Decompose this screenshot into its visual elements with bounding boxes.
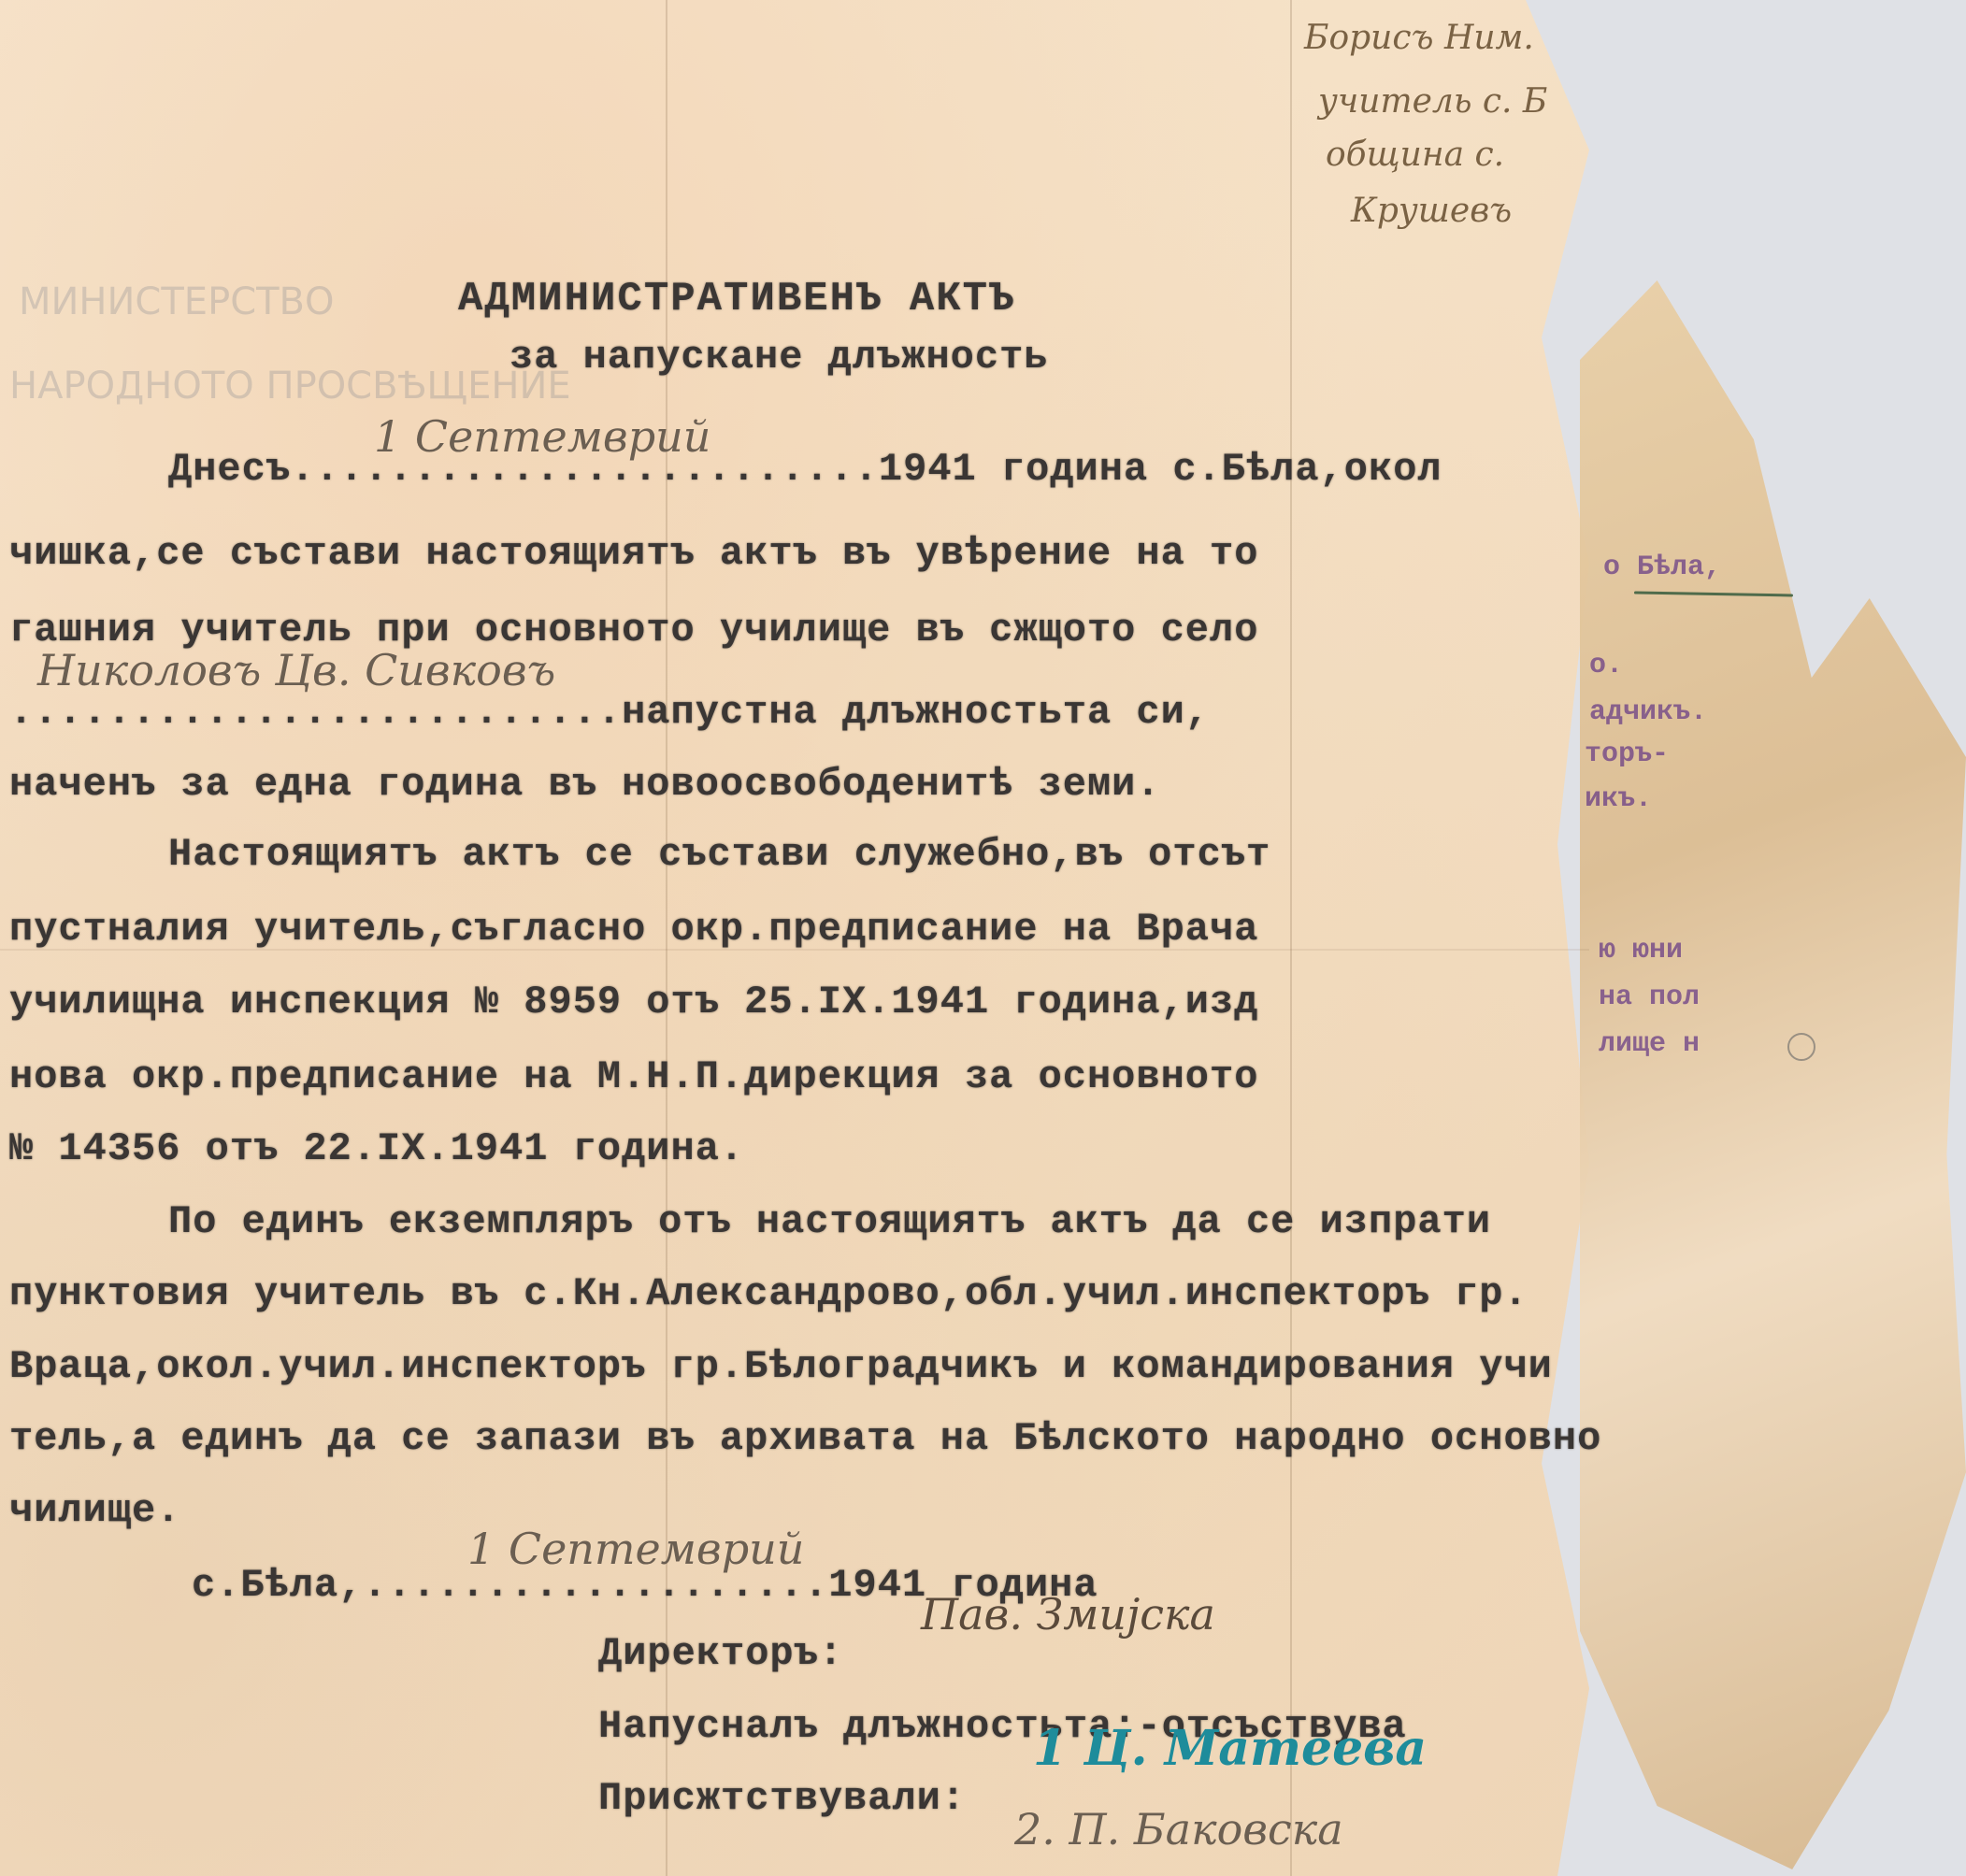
ghost-letterhead: НАРОДНОТО ПРОСВѢЩЕНИЕ xyxy=(9,365,571,408)
witnesses-label: Присжтствували: xyxy=(598,1776,966,1821)
handwritten-date: 1 Септемврий xyxy=(374,411,710,462)
director-label: Директоръ: xyxy=(598,1631,843,1676)
body-line: нова окр.предписание на М.Н.П.дирекция з… xyxy=(9,1054,1258,1099)
small-seal-stamp xyxy=(1787,1033,1815,1061)
body-line: пунктовия учитель въ с.Кн.Александрово,о… xyxy=(9,1271,1528,1316)
body-line: училищна инспекция № 8959 отъ 25.IX.1941… xyxy=(9,980,1258,1024)
body-line: пустналия учитель,съгласно окр.предписан… xyxy=(9,907,1258,952)
corner-note-line: община с. xyxy=(1326,136,1504,174)
corner-note-line: Борисъ Ним. xyxy=(1304,19,1534,57)
stamp-fragment: о. xyxy=(1589,650,1623,681)
body-line: Днесъ........................1941 година… xyxy=(168,447,1442,492)
stamp-fragment: икъ. xyxy=(1585,783,1652,815)
document-title: АДМИНИСТРАТИВЕНЪ АКТЪ xyxy=(458,276,1016,322)
witness-2-signature: 2. П. Баковска xyxy=(1014,1804,1343,1855)
body-line: тель,а единъ да се запази въ архивата на… xyxy=(9,1416,1601,1461)
stamp-fragment: о Бѣла, xyxy=(1603,551,1721,583)
document-subtitle: за напускане длъжность xyxy=(509,335,1049,379)
fold-line xyxy=(1290,0,1292,1876)
body-line: наченъ за една година въ новоосвободенит… xyxy=(9,762,1161,807)
ghost-letterhead: МИНИСТЕРСТВО xyxy=(19,280,334,323)
torn-crumpled-edge xyxy=(1580,280,1966,1869)
corner-note-line: учитель с. Б xyxy=(1318,82,1547,121)
stamp-fragment: торъ- xyxy=(1585,738,1669,770)
stamp-fragment: адчикъ. xyxy=(1589,696,1707,728)
corner-note-line: Крушевъ xyxy=(1351,192,1512,230)
witness-1-signature: 1 Ц. Матеева xyxy=(1033,1720,1427,1777)
body-line: чилище. xyxy=(9,1488,180,1533)
body-line: .........................напустна длъжно… xyxy=(9,690,1210,735)
handwritten-date: 1 Септемврий xyxy=(467,1524,804,1574)
handwritten-name: Николовъ Цв. Сивковъ xyxy=(37,645,555,695)
body-line: Враца,окол.учил.инспекторъ гр.Бѣлоградчи… xyxy=(9,1344,1553,1389)
director-signature: Пав. Змиjска xyxy=(921,1589,1215,1640)
body-line: чишка,се състави настоящиятъ актъ въ увѣ… xyxy=(9,531,1258,576)
stamp-fragment: ю юни xyxy=(1599,935,1683,967)
stamp-fragment: лище н xyxy=(1599,1028,1700,1060)
body-line: № 14356 отъ 22.IX.1941 година. xyxy=(9,1126,744,1171)
body-line: Настоящиятъ актъ се състави служебно,въ … xyxy=(168,832,1270,877)
stamp-fragment: на пол xyxy=(1599,981,1700,1013)
body-line: По единъ екземпляръ отъ настоящиятъ актъ… xyxy=(168,1199,1491,1244)
